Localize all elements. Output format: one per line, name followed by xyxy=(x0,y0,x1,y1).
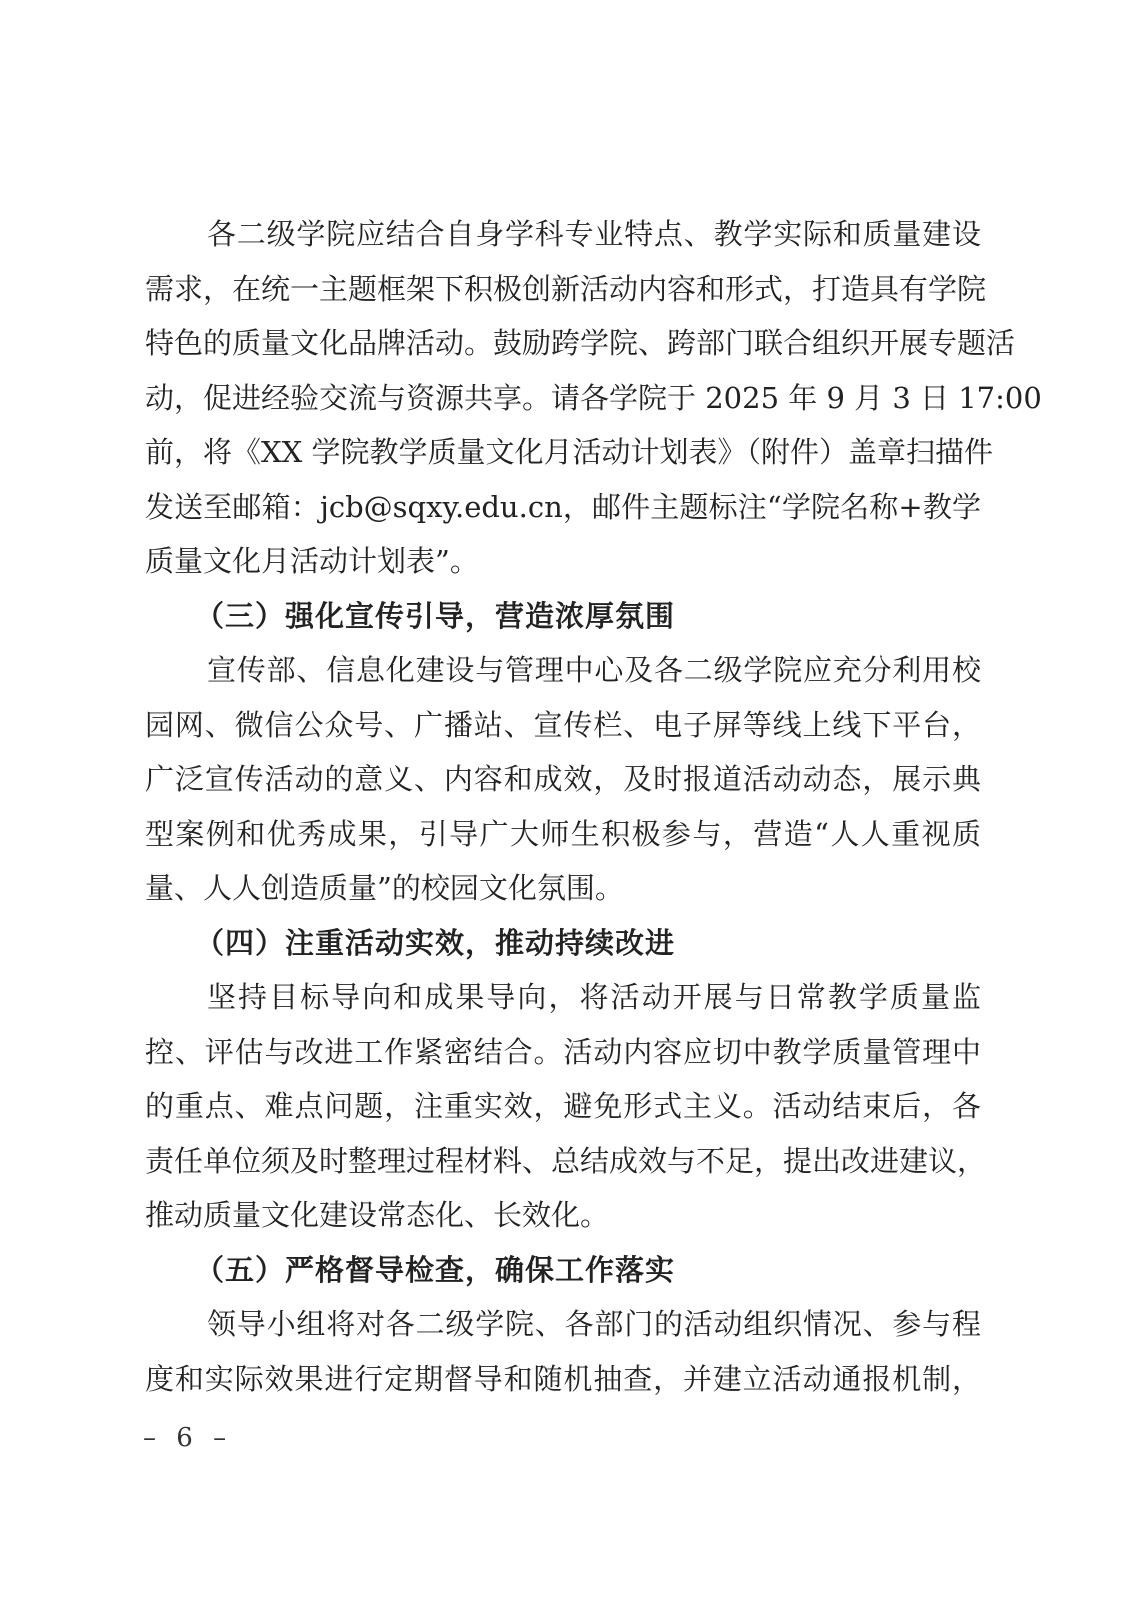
section-heading-4: （四）注重活动实效，推动持续改进 xyxy=(145,916,981,971)
text-line: 领导小组将对各二级学院、各部门的活动组织情况、参与程 xyxy=(145,1297,981,1352)
paragraph-effectiveness: 坚持目标导向和成果导向，将活动开展与日常教学质量监 控、评估与改进工作紧密结合。… xyxy=(145,970,981,1243)
page-number: – 6 – xyxy=(143,1423,232,1453)
text-line: 前，将《XX 学院教学质量文化月活动计划表》（附件）盖章扫描件 xyxy=(145,425,981,480)
text-line: 园网、微信公众号、广播站、宣传栏、电子屏等线上线下平台， xyxy=(145,698,981,753)
section-heading-5: （五）严格督导检查，确保工作落实 xyxy=(145,1243,981,1298)
section-heading-3: （三）强化宣传引导，营造浓厚氛围 xyxy=(145,589,981,644)
text-line: 度和实际效果进行定期督导和随机抽查，并建立活动通报机制， xyxy=(145,1352,981,1407)
text-line: 量、人人创造质量”的校园文化氛围。 xyxy=(145,861,981,916)
text-line: 控、评估与改进工作紧密结合。活动内容应切中教学质量管理中 xyxy=(145,1025,981,1080)
text-line: 坚持目标导向和成果导向，将活动开展与日常教学质量监 xyxy=(145,970,981,1025)
text-line: 需求，在统一主题框架下积极创新活动内容和形式，打造具有学院 xyxy=(145,262,981,317)
text-line: 质量文化月活动计划表”。 xyxy=(145,534,981,589)
text-line: 各二级学院应结合自身学科专业特点、教学实际和质量建设 xyxy=(145,207,981,262)
text-line: 推动质量文化建设常态化、长效化。 xyxy=(145,1188,981,1243)
text-line: 的重点、难点问题，注重实效，避免形式主义。活动结束后，各 xyxy=(145,1079,981,1134)
text-line: 特色的质量文化品牌活动。鼓励跨学院、跨部门联合组织开展专题活 xyxy=(145,316,981,371)
text-line-with-email: 发送至邮箱：jcb@sqxy.edu.cn，邮件主题标注“学院名称+教学 xyxy=(145,480,981,535)
paragraph-supervision: 领导小组将对各二级学院、各部门的活动组织情况、参与程 度和实际效果进行定期督导和… xyxy=(145,1297,981,1406)
paragraph-submission-requirements: 各二级学院应结合自身学科专业特点、教学实际和质量建设 需求，在统一主题框架下积极… xyxy=(145,207,981,589)
text-line: 责任单位须及时整理过程材料、总结成效与不足，提出改进建议， xyxy=(145,1134,981,1189)
document-page: 各二级学院应结合自身学科专业特点、教学实际和质量建设 需求，在统一主题框架下积极… xyxy=(145,207,981,1406)
text-line: 宣传部、信息化建设与管理中心及各二级学院应充分利用校 xyxy=(145,643,981,698)
text-line: 型案例和优秀成果，引导广大师生积极参与，营造“人人重视质 xyxy=(145,807,981,862)
paragraph-publicity: 宣传部、信息化建设与管理中心及各二级学院应充分利用校 园网、微信公众号、广播站、… xyxy=(145,643,981,916)
text-line: 广泛宣传活动的意义、内容和成效，及时报道活动动态，展示典 xyxy=(145,752,981,807)
text-line: 动，促进经验交流与资源共享。请各学院于 2025 年 9 月 3 日 17:00 xyxy=(145,371,981,426)
